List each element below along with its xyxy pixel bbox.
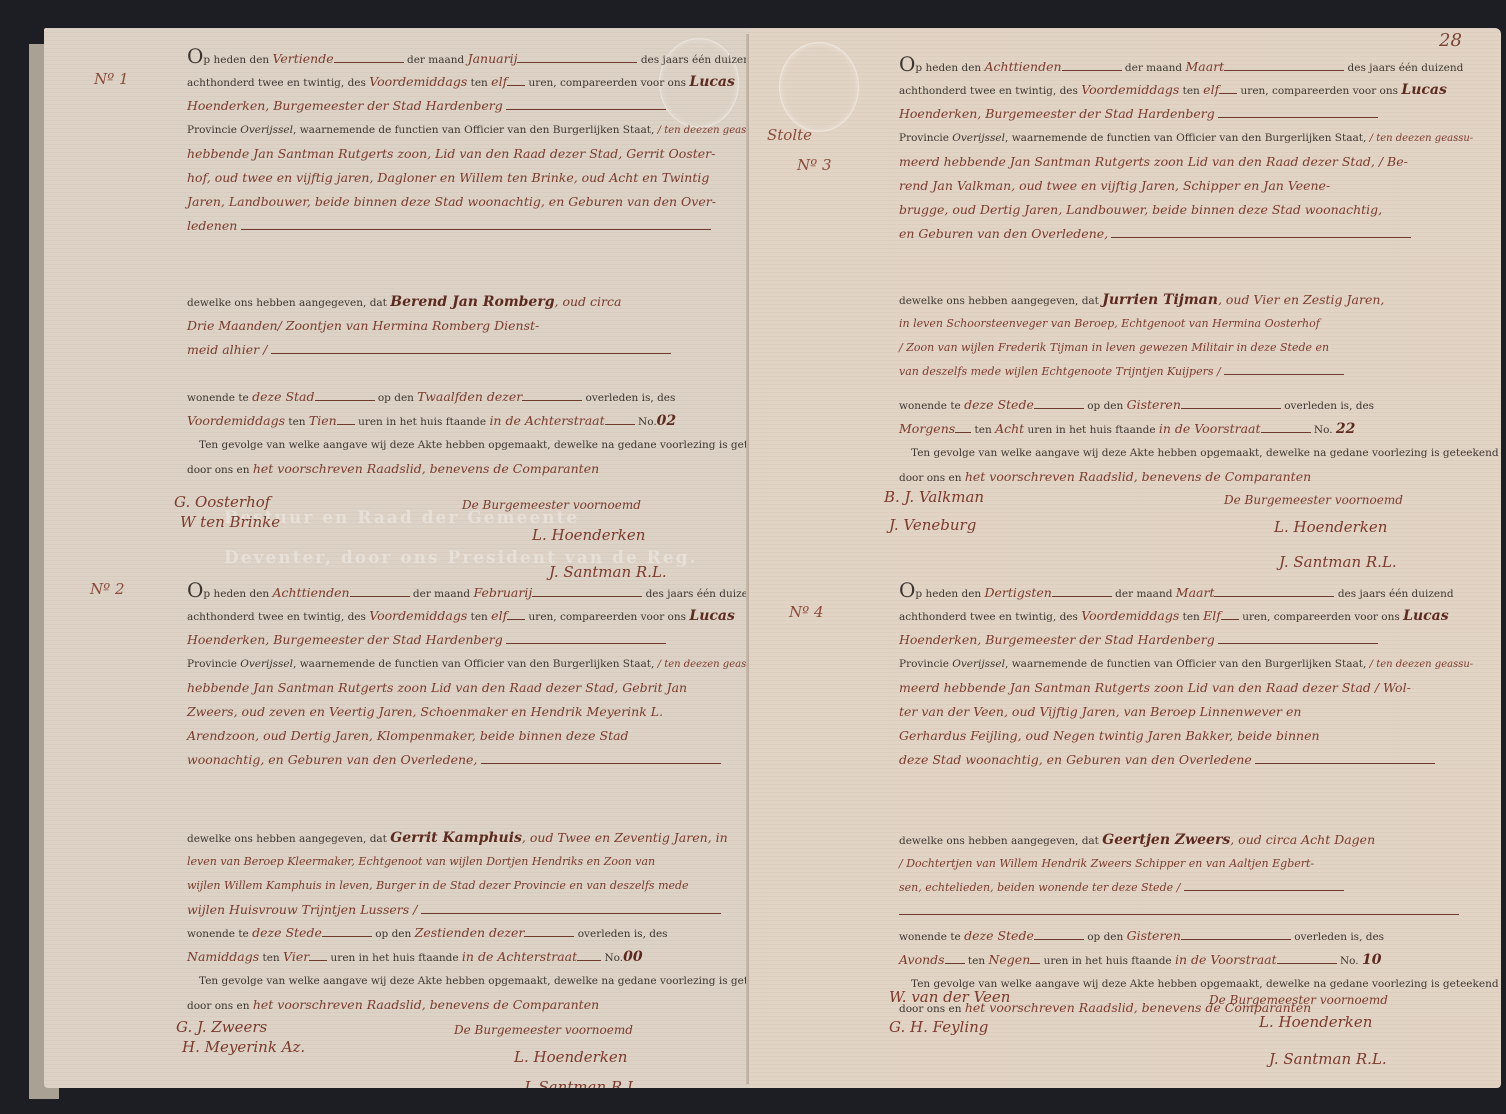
act-number: Nº 1 — [94, 70, 129, 88]
death-act-2-details: wonende te deze Stede op den Zestienden … — [187, 921, 732, 1017]
death-act-3: Op heden den Achttienden der maand Maart… — [899, 54, 1459, 246]
folio-number: 28 — [1439, 30, 1462, 51]
signature: G. Oosterhof — [174, 493, 270, 511]
margin-annotation: Stolte — [767, 126, 812, 144]
house-number: 02 — [657, 413, 676, 429]
signature-caption: De Burgemeester voornoemd — [1209, 993, 1388, 1007]
signature-burgemeester: L. Hoenderken — [514, 1048, 627, 1066]
deceased-name: Jurrien Tijman — [1102, 292, 1218, 308]
act-month: Januarij — [468, 51, 518, 66]
death-act-3-declaration: dewelke ons hebben aangegeven, dat Jurri… — [899, 288, 1459, 384]
signature-burgemeester: L. Hoenderken — [1259, 1013, 1372, 1031]
right-page: 28 Stolte Nº 3 Op heden den Achttienden … — [749, 28, 1501, 1088]
death-act-1: Op heden den Vertiende der maand Januari… — [187, 46, 732, 238]
death-act-2: Op heden den Achttienden der maand Febru… — [187, 580, 732, 772]
death-act-2-declaration: dewelke ons hebben aangegeven, dat Gerri… — [187, 826, 732, 922]
embossed-seal — [779, 42, 859, 132]
house-number: 22 — [1336, 421, 1355, 437]
deceased-name: Geertjen Zweers — [1102, 832, 1230, 848]
death-act-3-details: wonende te deze Stede op den Gisteren ov… — [899, 393, 1459, 489]
death-act-4: Op heden den Dertigsten der maand Maart … — [899, 580, 1459, 772]
act-day: Vertiende — [273, 51, 334, 66]
signature: G. J. Zweers — [176, 1018, 267, 1036]
death-act-4-declaration: dewelke ons hebben aangegeven, dat Geert… — [899, 828, 1459, 924]
signature-raadslid: J. Santman R.L. — [524, 1078, 642, 1088]
signature: G. H. Feyling — [889, 1018, 988, 1036]
left-page: Bestuur en Raad der Gemeente Deventer, d… — [44, 28, 749, 1088]
signature-burgemeester: L. Hoenderken — [532, 526, 645, 544]
act-number: Nº 4 — [789, 603, 824, 621]
house-number: 10 — [1362, 952, 1381, 968]
signature-caption: De Burgemeester voornoemd — [462, 498, 641, 512]
signature: W ten Brinke — [180, 513, 280, 531]
act-number: Nº 3 — [797, 156, 832, 174]
signature: B. J. Valkman — [884, 488, 984, 506]
signature-raadslid: J. Santman R.L. — [549, 563, 667, 581]
signature-burgemeester: L. Hoenderken — [1274, 518, 1387, 536]
signature: J. Veneburg — [889, 516, 976, 534]
signature-raadslid: J. Santman R.L. — [1269, 1050, 1387, 1068]
house-number: 00 — [623, 949, 642, 965]
signature-caption: De Burgemeester voornoemd — [1224, 493, 1403, 507]
signature: W. van der Veen — [889, 988, 1010, 1006]
death-act-1-declaration: dewelke ons hebben aangegeven, dat Beren… — [187, 290, 732, 362]
deceased-name: Berend Jan Romberg — [390, 294, 554, 310]
signature: H. Meyerink Az. — [182, 1038, 305, 1056]
act-number: Nº 2 — [90, 580, 125, 598]
death-act-1-details: wonende te deze Stad op den Twaalfden de… — [187, 385, 732, 481]
deceased-name: Gerrit Kamphuis — [390, 830, 522, 846]
signature-caption: De Burgemeester voornoemd — [454, 1023, 633, 1037]
signature-raadslid: J. Santman R.L. — [1279, 553, 1397, 571]
